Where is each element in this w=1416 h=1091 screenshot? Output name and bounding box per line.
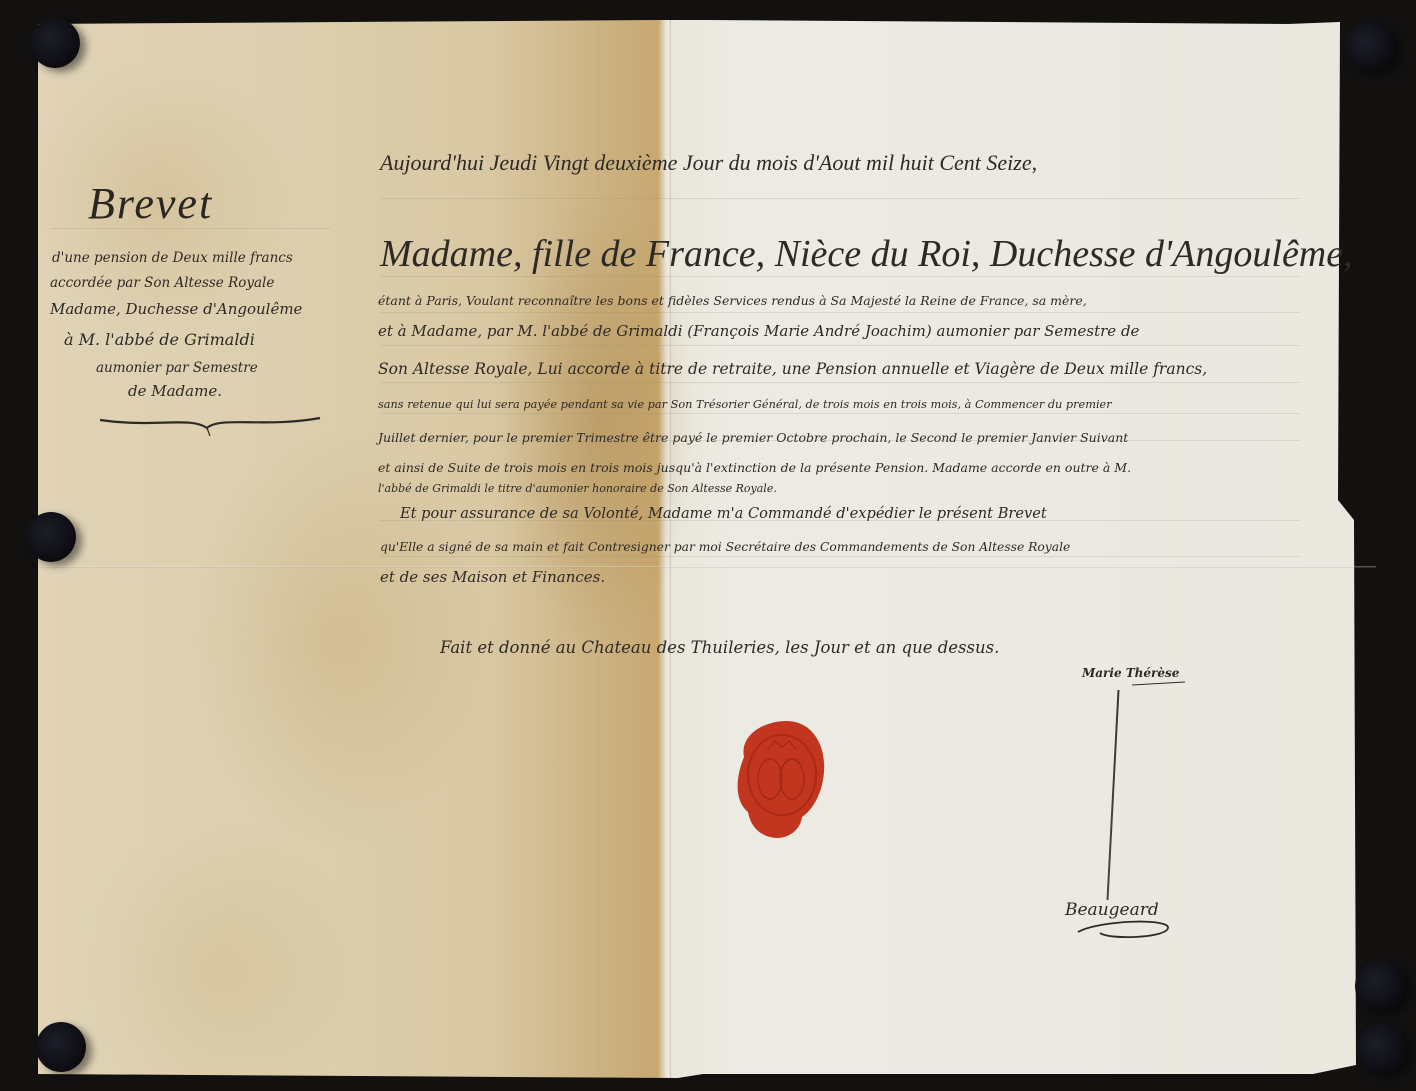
signature-paraph <box>1070 918 1180 942</box>
magnet-bottom-right-upper <box>1355 961 1405 1011</box>
place-date-line: Fait et donné au Chateau des Thuileries,… <box>440 638 999 657</box>
magnet-bottom-right-lower <box>1356 1024 1406 1074</box>
margin-title: Brevet <box>88 178 213 229</box>
heading-line: Madame, fille de France, Nièce du Roi, D… <box>380 232 1353 276</box>
magnet-mid-left <box>26 512 76 562</box>
margin-line: aumonier par Semestre <box>96 360 258 376</box>
date-line: Aujourd'hui Jeudi Vingt deuxième Jour du… <box>380 150 1037 176</box>
margin-line: accordée par Son Altesse Royale <box>50 275 274 291</box>
body-line: sans retenue qui lui sera payée pendant … <box>378 398 1112 411</box>
wax-seal <box>730 717 830 842</box>
signature-underline <box>1130 680 1190 688</box>
margin-line: Madame, Duchesse d'Angoulême <box>50 300 302 318</box>
margin-line: d'une pension de Deux mille francs <box>52 250 293 266</box>
ruling-line <box>380 345 1300 346</box>
ruling-line <box>380 556 1300 557</box>
body-line: Son Altesse Royale, Lui accorde à titre … <box>378 360 1207 378</box>
closing-line: qu'Elle a signé de sa main et fait Contr… <box>380 540 1070 554</box>
ruling-line <box>380 312 1300 313</box>
flourish-ornament <box>95 398 325 438</box>
magnet-top-right <box>1345 22 1395 72</box>
closing-line: Et pour assurance de sa Volonté, Madame … <box>400 505 1047 522</box>
closing-line: et de ses Maison et Finances. <box>380 568 605 586</box>
signature-marie-therese: Marie Thérèse <box>1082 666 1179 680</box>
body-line: et à Madame, par M. l'abbé de Grimaldi (… <box>378 322 1139 340</box>
signature-beaugeard: Beaugeard <box>1065 900 1159 920</box>
margin-line: à M. l'abbé de Grimaldi <box>64 330 255 349</box>
horizontal-fold-crease <box>38 566 1376 568</box>
magnet-bottom-left <box>36 1022 86 1072</box>
body-line: étant à Paris, Voulant reconnaître les b… <box>378 293 1087 308</box>
ruling-line <box>380 413 1300 414</box>
ruling-line <box>380 382 1300 383</box>
ruling-line <box>380 276 1300 277</box>
magnet-top-left <box>30 18 80 68</box>
body-line: Juillet dernier, pour le premier Trimest… <box>378 430 1128 445</box>
body-line: l'abbé de Grimaldi le titre d'aumonier h… <box>378 482 777 495</box>
body-line: et ainsi de Suite de trois mois en trois… <box>378 460 1131 475</box>
ruling-line <box>380 198 1300 199</box>
